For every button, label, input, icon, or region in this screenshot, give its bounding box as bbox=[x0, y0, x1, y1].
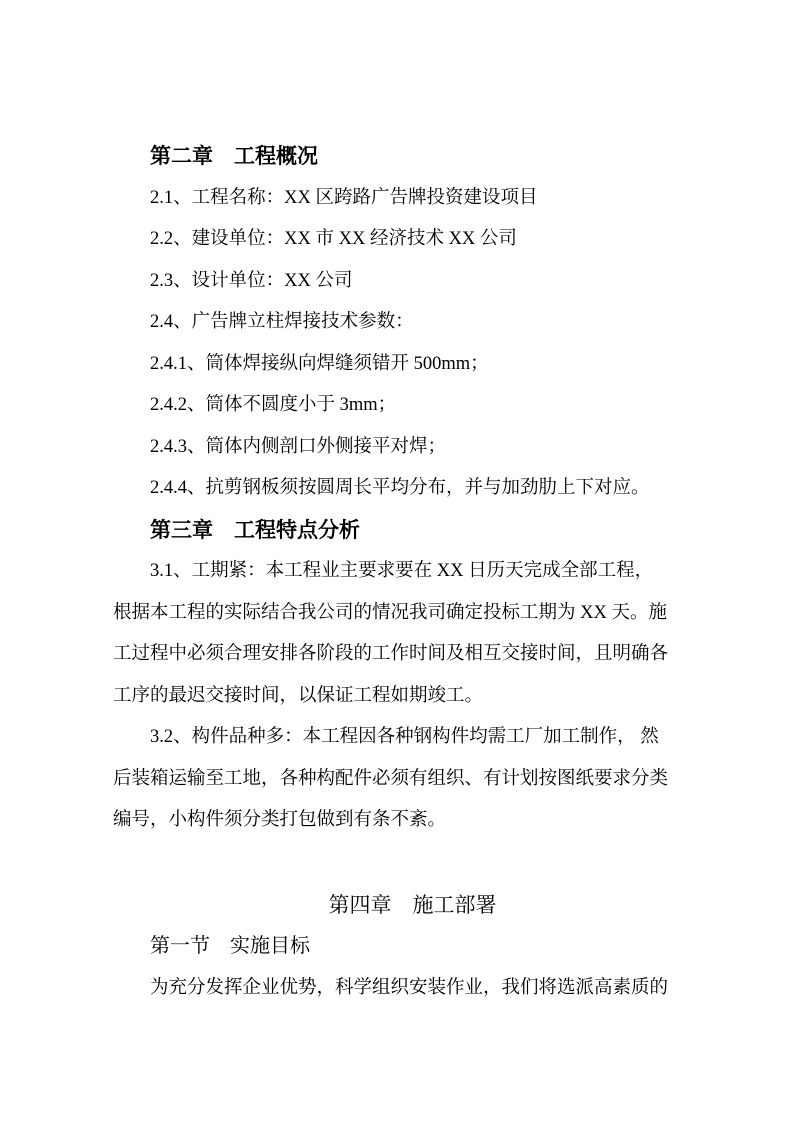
text-line: 编号，小构件须分类打包做到有条不紊。 bbox=[113, 800, 675, 842]
text-line: 第一节 实施目标 bbox=[113, 926, 675, 968]
item-2-2: 2.2、建设单位：XX 市 XX 经济技术 XX 公司 bbox=[113, 219, 675, 261]
item-2-3: 2.3、设计单位：XX 公司 bbox=[113, 261, 675, 303]
text-line: 2.4、广告牌立柱焊接技术参数： bbox=[113, 302, 675, 344]
item-2-1: 2.1、工程名称：XX 区跨路广告牌投资建设项目 bbox=[113, 178, 675, 220]
text-line: 为充分发挥企业优势，科学组织安装作业，我们将选派高素质的 bbox=[113, 968, 675, 1010]
item-2-4-1: 2.4.1、筒体焊接纵向焊缝须错开 500mm； bbox=[113, 344, 675, 386]
text-line: 2.1、工程名称：XX 区跨路广告牌投资建设项目 bbox=[113, 178, 675, 220]
para-4-1-1: 为充分发挥企业优势，科学组织安装作业，我们将选派高素质的 bbox=[113, 968, 675, 1010]
text-line: 2.4.3、筒体内侧剖口外侧接平对焊； bbox=[113, 427, 675, 469]
item-2-4-2: 2.4.2、筒体不圆度小于 3mm； bbox=[113, 385, 675, 427]
text-line: 后装箱运输至工地，各种构配件必须有组织、有计划按图纸要求分类 bbox=[113, 759, 675, 801]
text-line: 2.3、设计单位：XX 公司 bbox=[113, 261, 675, 303]
chapter-4-heading: 第四章 施工部署 bbox=[113, 885, 675, 927]
document-page: 第二章 工程概况2.1、工程名称：XX 区跨路广告牌投资建设项目2.2、建设单位… bbox=[0, 0, 793, 1122]
text-line: 2.4.4、抗剪钢板须按圆周长平均分布，并与加劲肋上下对应。 bbox=[113, 468, 675, 510]
section-1-heading: 第一节 实施目标 bbox=[113, 926, 675, 968]
document-body: 第二章 工程概况2.1、工程名称：XX 区跨路广告牌投资建设项目2.2、建设单位… bbox=[113, 0, 675, 1009]
item-2-4-4: 2.4.4、抗剪钢板须按圆周长平均分布，并与加劲肋上下对应。 bbox=[113, 468, 675, 510]
text-line: 第四章 施工部署 bbox=[113, 885, 675, 927]
text-line: 3.1、工期紧：本工程业主要求要在 XX 日历天完成全部工程， bbox=[113, 551, 675, 593]
text-line: 第二章 工程概况 bbox=[113, 136, 675, 178]
item-2-4: 2.4、广告牌立柱焊接技术参数： bbox=[113, 302, 675, 344]
item-2-4-3: 2.4.3、筒体内侧剖口外侧接平对焊； bbox=[113, 427, 675, 469]
text-line: 工序的最迟交接时间，以保证工程如期竣工。 bbox=[113, 676, 675, 718]
chapter-2-heading: 第二章 工程概况 bbox=[113, 136, 675, 178]
para-3-2: 3.2、构件品种多：本工程因各种钢构件均需工厂加工制作， 然后装箱运输至工地，各… bbox=[113, 717, 675, 842]
text-line: 2.2、建设单位：XX 市 XX 经济技术 XX 公司 bbox=[113, 219, 675, 261]
text-line: 3.2、构件品种多：本工程因各种钢构件均需工厂加工制作， 然 bbox=[113, 717, 675, 759]
text-line: 2.4.1、筒体焊接纵向焊缝须错开 500mm； bbox=[113, 344, 675, 386]
para-3-1: 3.1、工期紧：本工程业主要求要在 XX 日历天完成全部工程，根据本工程的实际结… bbox=[113, 551, 675, 717]
chapter-3-heading: 第三章 工程特点分析 bbox=[113, 510, 675, 552]
text-line: 第三章 工程特点分析 bbox=[113, 510, 675, 552]
text-line: 工过程中必须合理安排各阶段的工作时间及相互交接时间，且明确各 bbox=[113, 634, 675, 676]
text-line: 根据本工程的实际结合我公司的情况我司确定投标工期为 XX 天。施 bbox=[113, 593, 675, 635]
text-line: 2.4.2、筒体不圆度小于 3mm； bbox=[113, 385, 675, 427]
